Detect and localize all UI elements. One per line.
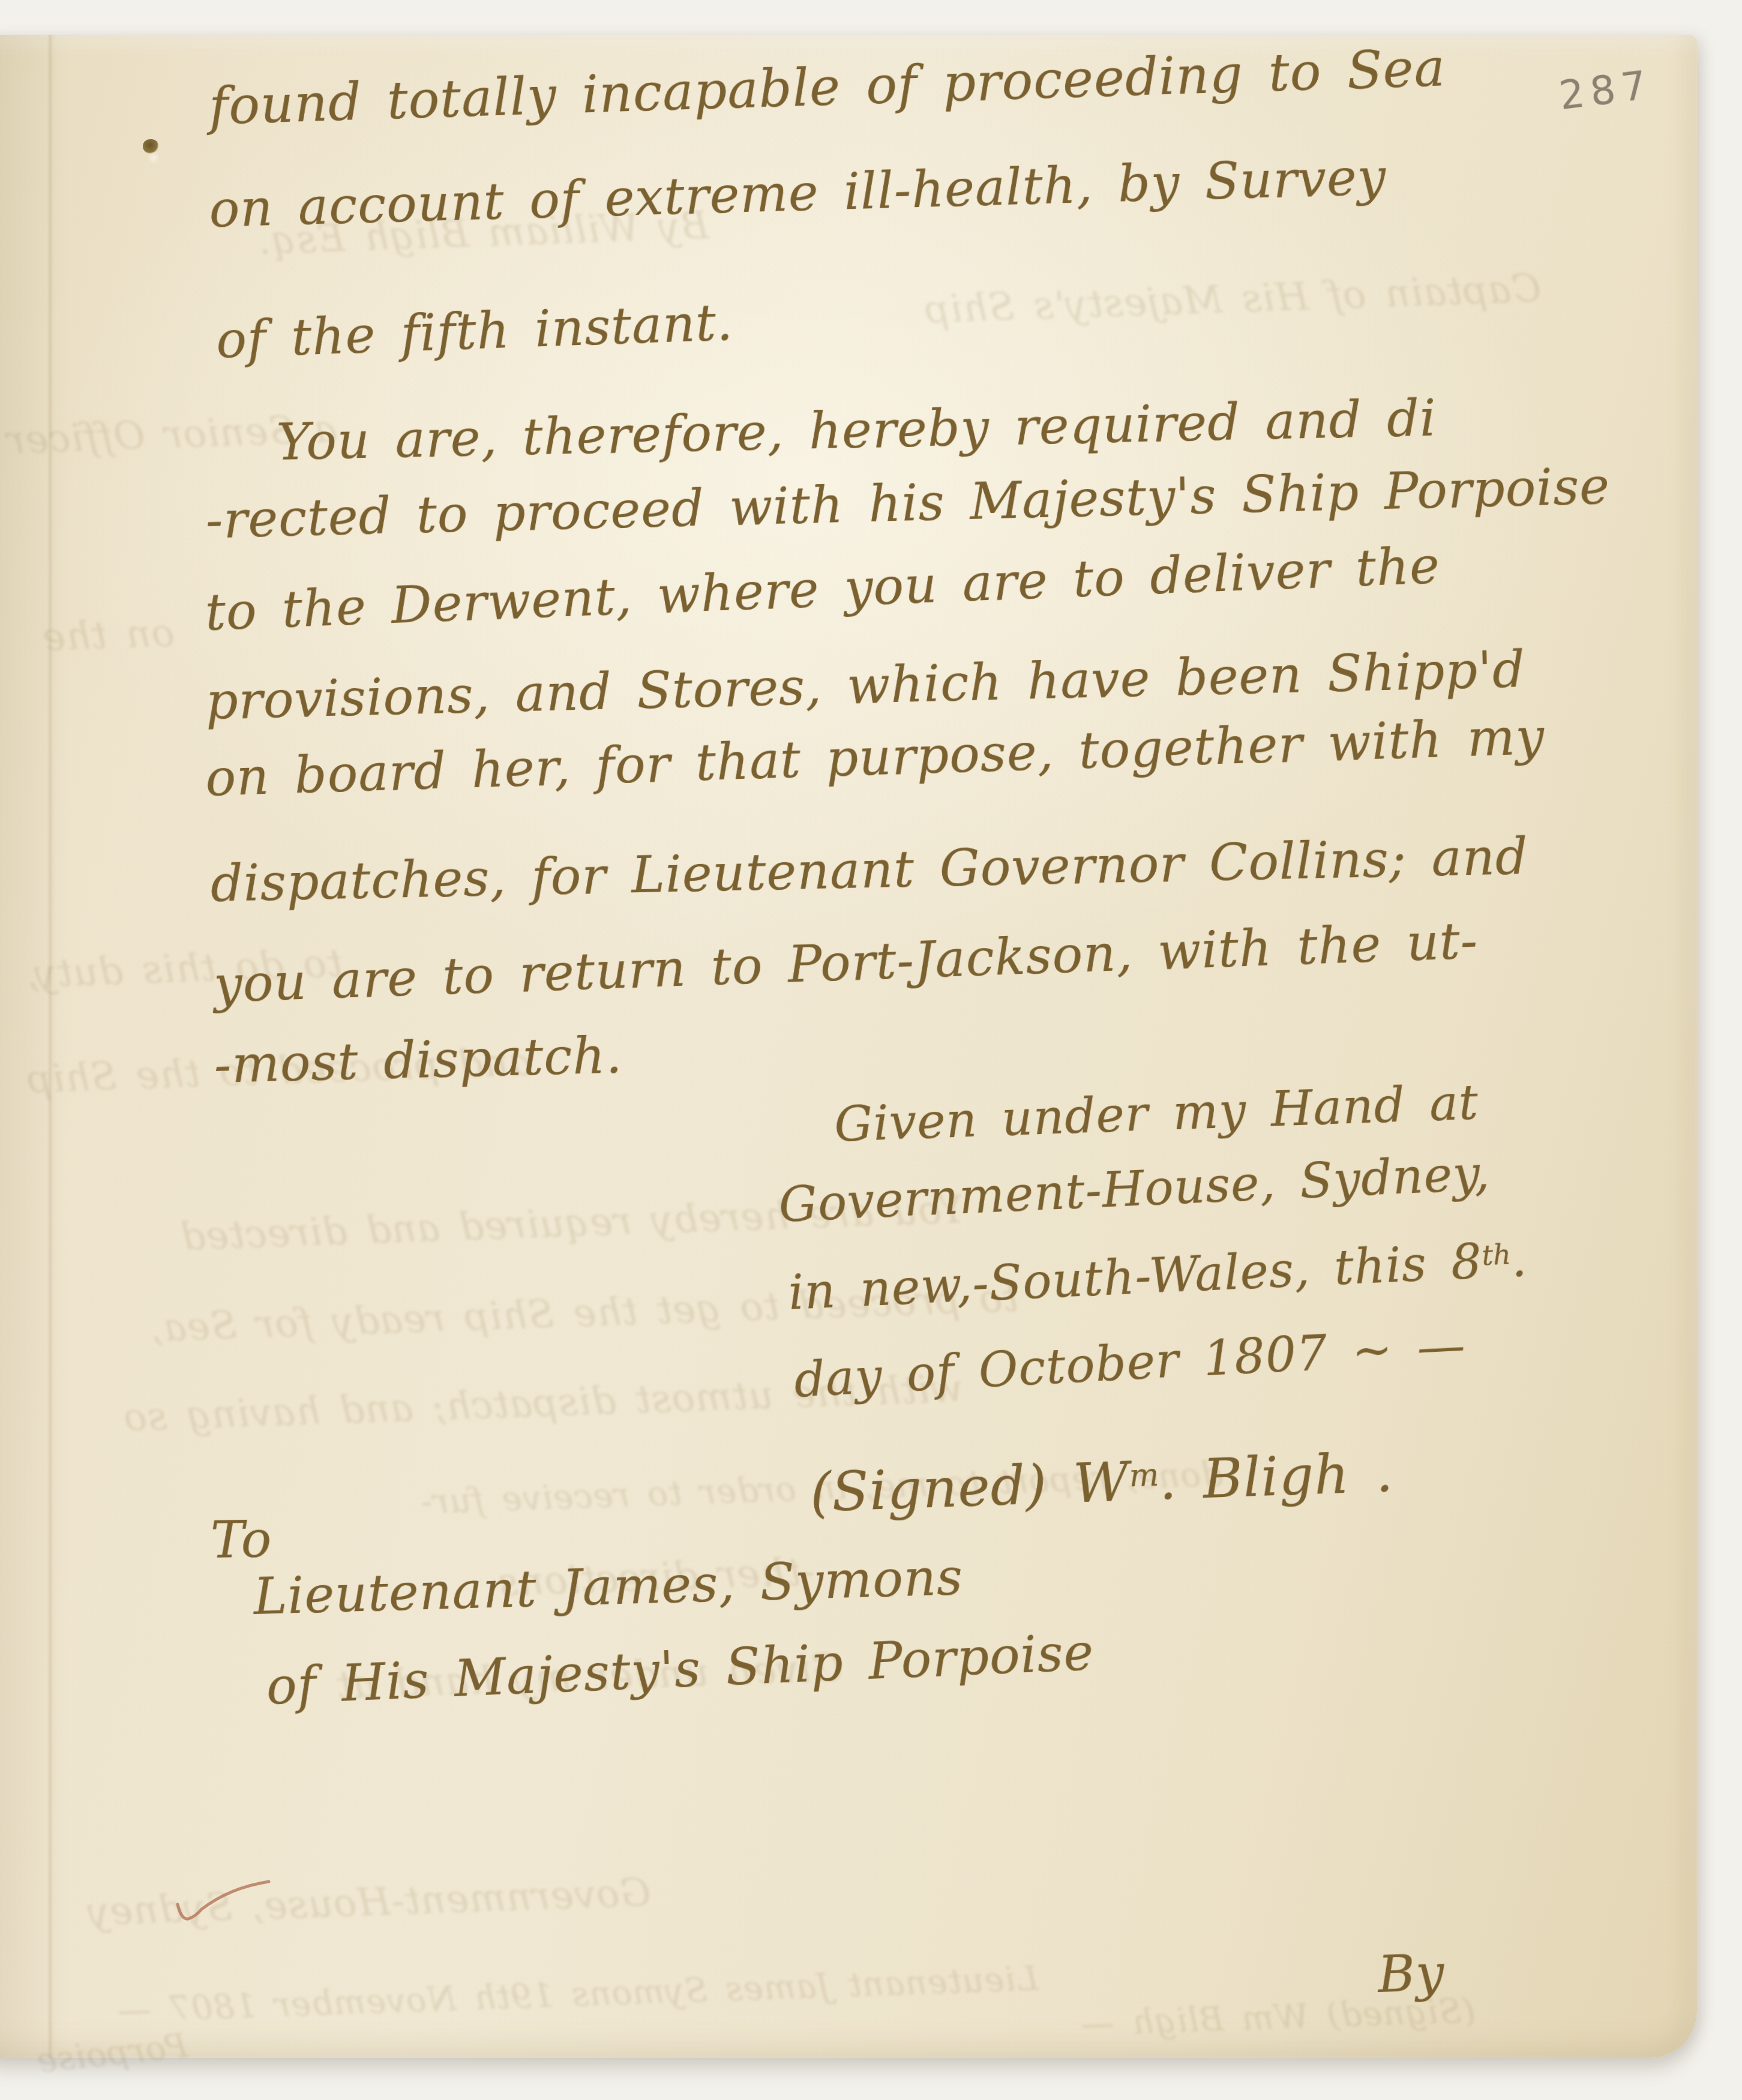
line-text: . Bligh . bbox=[1158, 1441, 1395, 1513]
line-text: . bbox=[1510, 1231, 1528, 1288]
line-text: (Signed) W bbox=[809, 1450, 1131, 1525]
fold-crease bbox=[47, 35, 55, 2058]
paper-flaw bbox=[148, 151, 160, 164]
bleedthrough-line: on the bbox=[41, 611, 175, 660]
gutter-shading bbox=[0, 35, 70, 2058]
manuscript-line: By bbox=[1377, 1943, 1446, 2004]
superscript: th bbox=[1481, 1238, 1512, 1272]
superscript: m bbox=[1129, 1457, 1160, 1495]
document-scan: By William Bligh Esq. Captain of His Maj… bbox=[0, 0, 1742, 2100]
manuscript-line: -most dispatch. bbox=[214, 1025, 623, 1094]
manuscript-line: To bbox=[210, 1510, 272, 1570]
red-checkmark bbox=[173, 1877, 275, 1937]
